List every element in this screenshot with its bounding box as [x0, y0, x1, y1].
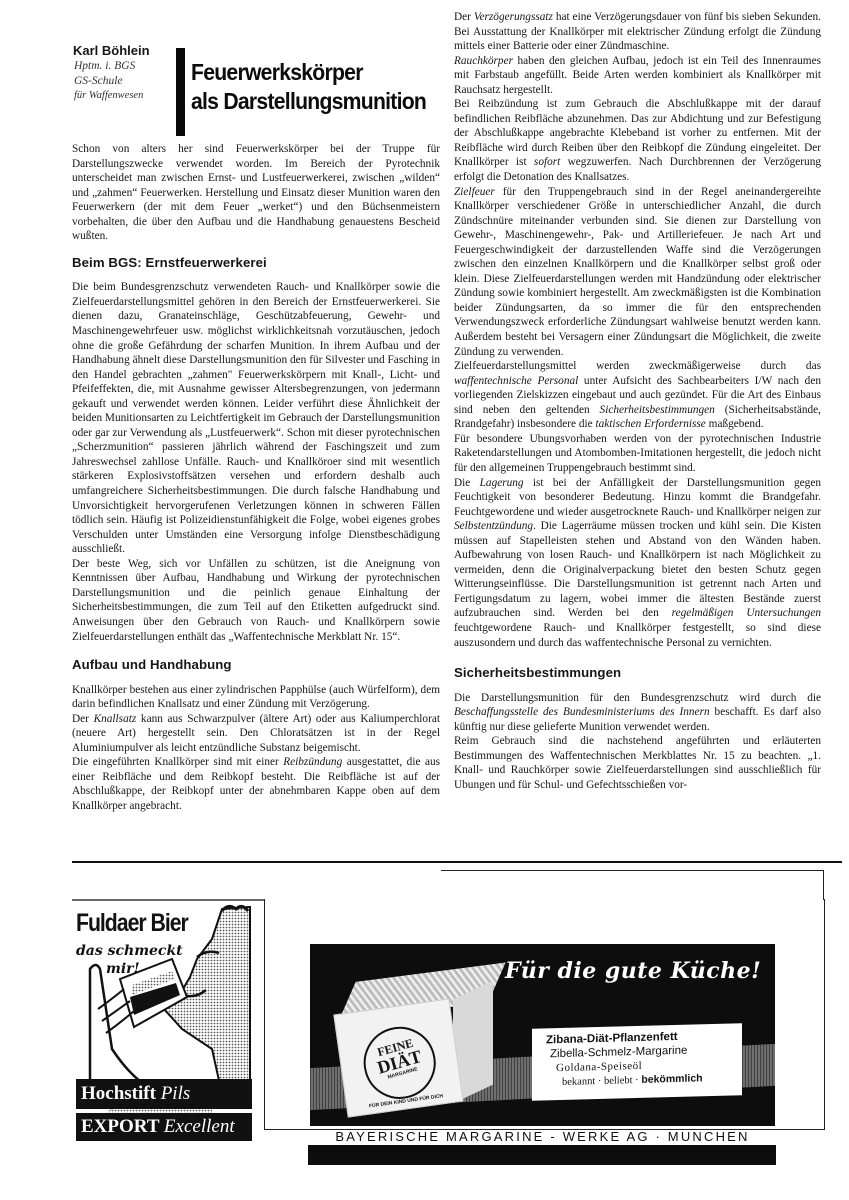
badge-script-text: Excellent — [164, 1116, 235, 1137]
text: Die — [454, 477, 480, 489]
paragraph: Die eingeführten Knallkörper sind mit ei… — [72, 755, 440, 813]
text: Die eingeführten Knallkörper sind mit ei… — [72, 756, 283, 768]
author-department: für Waffenwesen — [74, 90, 143, 101]
margarine-box-icon: FEINE DIÄT MARGARINE FÜR DEIN KIND UND F… — [333, 998, 463, 1117]
emphasis: Verzögerungssatz — [474, 11, 553, 23]
title-line-1: Feuerwerkskörper — [191, 58, 426, 87]
emphasis: taktischen Erfordernisse — [595, 418, 705, 430]
badge-hochstift-pils: Hochstift Pils — [76, 1079, 252, 1109]
paragraph: Knallkörper bestehen aus einer zylindris… — [72, 683, 440, 712]
text: Der — [72, 713, 94, 725]
paragraph: Reim Gebrauch sind die nachstehend angef… — [454, 734, 821, 792]
ad-fuldaer-bier: Fuldaer Bier das schmeckt mir! Hochstift… — [72, 899, 252, 1139]
tagline-bold: bekömmlich — [641, 1072, 702, 1086]
title-line-2: als Darstellungsmunition — [191, 87, 426, 116]
emphasis: Lagerung — [480, 477, 524, 489]
right-column: Der Verzögerungssatz hat eine Verzögerun… — [454, 10, 821, 792]
article-header: Karl Böhlein Hptm. i. BGS GS-Schule für … — [72, 38, 452, 133]
paragraph: Bei Reibzündung ist zum Gebrauch die Abs… — [454, 97, 821, 184]
emphasis: Rauchkörper — [454, 55, 513, 67]
text: Die Darstellungsmunition für den Bundesg… — [454, 692, 821, 704]
section-heading-sicherheit: Sicherheitsbestimmungen — [454, 666, 821, 681]
product-zibella: Zibella-Schmelz-Margarine — [550, 1045, 687, 1061]
product-tagline: bekannt · beliebt · bekömmlich — [562, 1072, 703, 1088]
title-divider-bar — [176, 48, 185, 136]
intro-paragraph: Schon von alters her sind Feuerwerkskörp… — [72, 142, 440, 244]
section-heading-ernstfeuerwerkerei: Beim BGS: Ernstfeuerwerkerei — [72, 256, 440, 271]
paragraph: Der beste Weg, sich vor Unfällen zu schü… — [72, 557, 440, 644]
paragraph: Die Lagerung ist bei der Anfälligkeit de… — [454, 476, 821, 651]
margarine-slogan: Für die gute Küche! — [505, 958, 761, 984]
emphasis: waffentechnische Personal — [454, 375, 578, 387]
beer-slogan-line-1: das schmeckt — [76, 943, 183, 959]
product-zibana: Zibana-Diät-Pflanzenfett — [546, 1031, 678, 1046]
text: feuchtgewordene Rauch- und Knallkörper f… — [454, 622, 821, 649]
text: Zielfeuerdarstellungsmittel werden zweck… — [454, 360, 821, 372]
text: maßgebend. — [706, 418, 764, 430]
paragraph: Die Darstellungsmunition für den Bundesg… — [454, 691, 821, 735]
author-name: Karl Böhlein — [73, 43, 150, 58]
article-title: Feuerwerkskörper als Darstellungsmunitio… — [191, 58, 426, 116]
paragraph: Die beim Bundesgrenzschutz verwendeten R… — [72, 280, 440, 556]
emphasis: regelmäßigen Untersuchungen — [672, 607, 821, 619]
author-school: GS-Schule — [74, 75, 123, 87]
ad-frame-top — [441, 870, 824, 900]
paragraph: Der Verzögerungssatz hat eine Verzögerun… — [454, 10, 821, 54]
emphasis: Beschaffungsstelle des Bundesministerium… — [454, 706, 710, 718]
paragraph: Zielfeuerdarstellungsmittel werden zweck… — [454, 359, 821, 432]
margarine-footer-bar — [308, 1145, 776, 1165]
text: für den Truppengebrauch sind in der Rege… — [454, 186, 821, 358]
emphasis: Reibzündung — [283, 756, 342, 768]
emphasis: Selbstentzündung — [454, 520, 533, 532]
tagline-text: bekannt · beliebt · — [562, 1075, 641, 1088]
beer-slogan-line-2: mir! — [106, 961, 140, 977]
badge-main-text: EXPORT — [81, 1116, 159, 1137]
paragraph: Zielfeuer für den Truppengebrauch sind i… — [454, 185, 821, 360]
paragraph: Der Knallsatz kann aus Schwarzpulver (äl… — [72, 712, 440, 756]
product-goldana: Goldana-Speiseöl — [556, 1060, 642, 1074]
badge-script-text: Pils — [161, 1083, 191, 1104]
emphasis: Knallsatz — [94, 713, 137, 725]
author-rank: Hptm. i. BGS — [74, 60, 135, 72]
left-column: Schon von alters her sind Feuerwerkskörp… — [72, 142, 440, 814]
product-card: Zibana-Diät-Pflanzenfett Zibella-Schmelz… — [532, 1023, 742, 1100]
ad-separator-rule — [72, 861, 842, 863]
paragraph: Rauchkörper haben den gleichen Aufbau, j… — [454, 54, 821, 98]
beer-brand-title: Fuldaer Bier — [76, 909, 188, 938]
emphasis: sofort — [534, 156, 560, 168]
paragraph: Für besondere Ubungsvorhaben werden von … — [454, 432, 821, 476]
section-heading-aufbau: Aufbau und Handhabung — [72, 658, 440, 673]
text: . Die Lagerräume müssen trocken und kühl… — [454, 520, 821, 619]
emphasis: Sicherheitsbestimmungen — [600, 404, 715, 416]
badge-export-excellent: EXPORT Excellent — [76, 1113, 252, 1141]
emphasis: Zielfeuer — [454, 186, 495, 198]
badge-main-text: Hochstift — [81, 1083, 156, 1104]
ad-margarine-panel: FEINE DIÄT MARGARINE FÜR DEIN KIND UND F… — [310, 944, 775, 1126]
text: Der — [454, 11, 474, 23]
